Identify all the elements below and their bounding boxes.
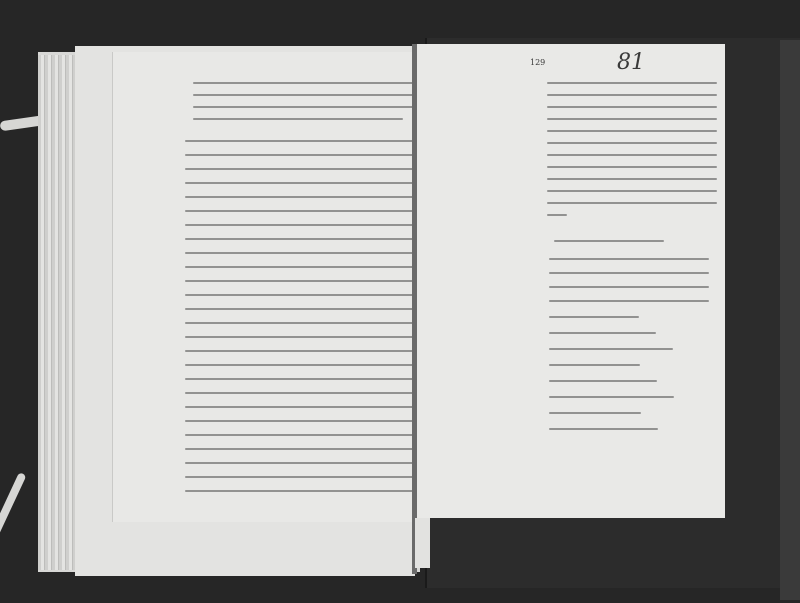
book-cover-edge [780, 40, 800, 600]
handwriting-line [549, 332, 656, 334]
handwriting-line [185, 392, 413, 394]
handwriting-line [185, 280, 413, 282]
page-edges-left [38, 55, 78, 570]
handwriting-line [547, 142, 717, 144]
handwriting-line [547, 214, 567, 216]
handwriting-line [185, 168, 413, 170]
handwriting-line [185, 434, 413, 436]
handwriting-line [185, 448, 413, 450]
handwriting-line [547, 130, 717, 132]
handwriting-line [547, 202, 717, 204]
handwriting-line [185, 364, 413, 366]
handwriting-line [185, 308, 413, 310]
handwriting-line [547, 118, 717, 120]
handwriting-line [549, 364, 640, 366]
stamp-number: 129 [530, 58, 545, 67]
handwriting-line [185, 210, 413, 212]
handwriting-line [549, 300, 709, 302]
right-page: 81 129 Ontvanck gelden [417, 44, 725, 518]
handwriting-line [185, 378, 413, 380]
handwriting-line [547, 154, 717, 156]
handwriting-line [549, 380, 657, 382]
handwriting-line [185, 322, 413, 324]
handwriting-line [554, 240, 664, 242]
handwriting-line [185, 294, 413, 296]
handwriting-line [549, 272, 709, 274]
handwriting-line [549, 428, 658, 430]
handwriting-line [185, 182, 413, 184]
handwriting-line [185, 266, 413, 268]
handwriting-line [185, 140, 413, 142]
handwriting-line [185, 224, 413, 226]
handwriting-line [547, 178, 717, 180]
folio-number: 81 [617, 50, 645, 75]
handwriting-line [193, 118, 403, 120]
handwriting-line [547, 190, 717, 192]
handwriting-line [185, 238, 413, 240]
handwriting-line [185, 476, 413, 478]
handwriting-line [549, 316, 639, 318]
handwriting-line [185, 490, 413, 492]
handwriting-line [549, 348, 673, 350]
loose-page-strip [415, 518, 430, 568]
handwriting-line [549, 396, 674, 398]
handwriting-line [185, 196, 413, 198]
left-page-inner [112, 52, 413, 522]
handwriting-line [549, 286, 709, 288]
handwriting-line [547, 82, 717, 84]
handwriting-line [549, 412, 641, 414]
handwriting-line [549, 258, 709, 260]
handwriting-line [193, 106, 413, 108]
handwriting-line [547, 106, 717, 108]
handwriting-line [185, 462, 413, 464]
handwriting-line [193, 82, 413, 84]
handwriting-line [547, 166, 717, 168]
handwriting-line [185, 154, 413, 156]
handwriting-line [185, 406, 413, 408]
handwriting-line [193, 94, 413, 96]
handwriting-line [185, 336, 413, 338]
handwriting-line [185, 420, 413, 422]
handwriting-line [185, 252, 413, 254]
handwriting-line [185, 350, 413, 352]
handwriting-line [547, 94, 717, 96]
